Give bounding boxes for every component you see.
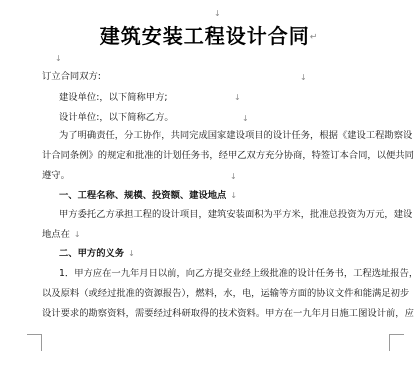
line-text: 1．甲方应在一九年月日以前，向乙方提交业经上级批准的设计任务书，工程选址报告， (59, 268, 418, 279)
line-text: 计合同条例》的规定和批准的计划任务书，经甲乙双方充分协商，特签订本合同，以便共同 (42, 150, 414, 161)
section-2-body-line-2[interactable]: 以及原料（或经过批准的资源报告），燃料，水，电，运输等方面的协议文件和能满足初步 (42, 288, 409, 300)
section-1-heading[interactable]: 一、工程名称、规模、投资额、建设地点↓ (59, 190, 237, 202)
line-text: 甲方委托乙方承担工程的设计项目，建筑安装面积为平方米，批准总投资为万元，建设 (59, 209, 412, 220)
section-2-body-line-1[interactable]: 1．甲方应在一九年月日以前，向乙方提交业经上级批准的设计任务书，工程选址报告， (59, 268, 418, 280)
paragraph-mark-icon: ↓ (230, 191, 237, 200)
intro-line-3[interactable]: 遵守。 (42, 170, 70, 182)
paragraph-mark-icon: ↓ (128, 249, 135, 258)
line-text: 一、工程名称、规模、投资额、建设地点 (59, 190, 226, 201)
line-text: 地点在 (42, 229, 70, 240)
line-text: 二、甲方的义务 (59, 248, 124, 259)
paragraph-mark-icon: ↓ (234, 94, 241, 102)
client-line[interactable]: 建设单位:，以下简称甲方; (59, 92, 168, 104)
intro-line-1[interactable]: 为了明确责任，分工协作，共同完成国家建设项目的设计任务，根据《建设工程勘察设 (59, 130, 412, 142)
paragraph-mark-icon: ↓ (242, 115, 249, 123)
document-page[interactable]: ↓ 建筑安装工程设计合同↵ ↓ 订立合同双方: ↓ 建设单位:，以下简称甲方; … (0, 0, 418, 367)
line-text: 遵守。 (42, 170, 70, 181)
section-2-body-line-3[interactable]: 设计要求的勘察资料，需要经过科研取得的技术资料。甲方在一九年月日施工图设计前，应 (42, 308, 414, 320)
section-1-body-line-1[interactable]: 甲方委托乙方承担工程的设计项目，建筑安装面积为平方米，批准总投资为万元，建设 (59, 209, 412, 221)
parties-heading[interactable]: 订立合同双方: (42, 71, 101, 83)
line-text: 建设单位:，以下简称甲方; (59, 92, 168, 103)
empty-paragraph-mark: ↓ (214, 10, 221, 18)
paragraph-mark-icon: ↓ (74, 230, 81, 239)
margin-corner-bottom-right (389, 334, 404, 351)
intro-line-2[interactable]: 计合同条例》的规定和批准的计划任务书，经甲乙双方充分协商，特签订本合同，以便共同 (42, 150, 414, 162)
line-text: 订立合同双方: (42, 71, 101, 82)
line-text: 为了明确责任，分工协作，共同完成国家建设项目的设计任务，根据《建设工程勘察设 (59, 130, 412, 141)
paragraph-mark-icon: ↵ (310, 33, 319, 43)
line-text: 以及原料（或经过批准的资源报告），燃料，水，电，运输等方面的协议文件和能满足初步 (42, 288, 409, 299)
line-text: 设计要求的勘察资料，需要经过科研取得的技术资料。甲方在一九年月日施工图设计前，应 (42, 308, 414, 319)
title-text: 建筑安装工程设计合同 (100, 24, 310, 48)
line-text: 设计单位:，以下简称乙方。 (59, 112, 174, 123)
paragraph-mark-icon: ↓ (300, 74, 307, 82)
margin-corner-bottom-left (27, 334, 42, 351)
document-title[interactable]: 建筑安装工程设计合同↵ (0, 24, 418, 50)
section-2-heading[interactable]: 二、甲方的义务↓ (59, 248, 135, 260)
paragraph-mark-icon: ↓ (230, 173, 237, 181)
designer-line[interactable]: 设计单位:，以下简称乙方。 (59, 112, 174, 124)
section-1-body-line-2[interactable]: 地点在↓ (42, 229, 81, 241)
empty-paragraph-mark: ↓ (55, 55, 62, 63)
